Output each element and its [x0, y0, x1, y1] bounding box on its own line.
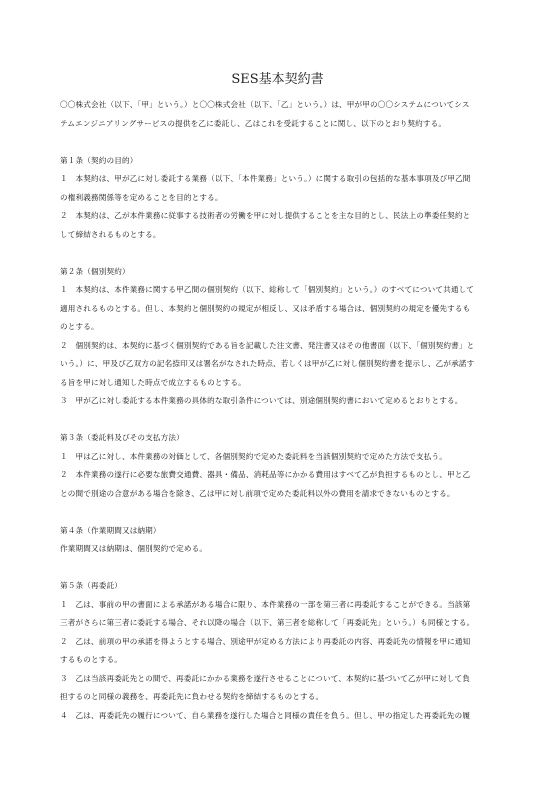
article-line: ４ 乙は、再委託先の履行について、自ら業務を遂行した場合と同様の責任を負う。但し…: [60, 707, 492, 726]
article-line: ２ 本契約は、乙が本件業務に従事する技術者の労働を甲に対し提供することを主な目的…: [60, 207, 492, 226]
article-3: 第３条（委託料及びその支払方法） １ 甲は乙に対し、本件業務の対価として、各個別…: [60, 429, 492, 503]
article-2: 第２条（個別契約） １ 本契約は、本件業務に関する甲乙間の個別契約（以下、総称し…: [60, 263, 492, 411]
article-line: の権利義務関係等を定めることを目的とする。: [60, 189, 492, 208]
article-line: １ 甲は乙に対し、本件業務の対価として、各個別契約で定めた委託料を当該個別契約で…: [60, 448, 492, 467]
spacer: [60, 559, 492, 578]
article-line: 担するのと同様の義務を、再委託先に負わせる契約を締結するものとする。: [60, 688, 492, 707]
article-4: 第４条（作業期間又は納期） 作業期間又は納期は、個別契約で定める。: [60, 522, 492, 559]
article-line: ２ 乙は、前項の甲の承諾を得ようとする場合、別途甲が定める方法により再委託の内容…: [60, 633, 492, 652]
spacer: [60, 503, 492, 522]
preamble-line: テムエンジニアリングサービスの提供を乙に委託し、乙はこれを受託することに関し、以…: [60, 115, 492, 134]
article-line: １ 本契約は、甲が乙に対し委託する業務（以下、「本件業務」という。）に関する取引…: [60, 170, 492, 189]
article-heading: 第２条（個別契約）: [60, 263, 492, 282]
preamble: 〇〇株式会社（以下、「甲」という。）と〇〇株式会社（以下、「乙」という。）は、甲…: [60, 96, 492, 133]
document-title: SES基本契約書: [0, 68, 555, 87]
spacer: [60, 411, 492, 430]
article-line: のとする。: [60, 318, 492, 337]
article-line: いう。）に、甲及び乙双方の記名捺印又は署名がなされた時点、若しくは甲が乙に対し個…: [60, 355, 492, 374]
article-1: 第１条（契約の目的） １ 本契約は、甲が乙に対し委託する業務（以下、「本件業務」…: [60, 152, 492, 245]
article-line: 適用されるものとする。但し、本契約と個別契約の規定が相反し、又は矛盾する場合は、…: [60, 300, 492, 319]
spacer: [60, 244, 492, 263]
article-heading: 第４条（作業期間又は納期）: [60, 522, 492, 541]
article-heading: 第３条（委託料及びその支払方法）: [60, 429, 492, 448]
preamble-line: 〇〇株式会社（以下、「甲」という。）と〇〇株式会社（以下、「乙」という。）は、甲…: [60, 96, 492, 115]
article-line: との間で別途の合意がある場合を除き、乙は甲に対し前項で定めた委託料以外の費用を請…: [60, 485, 492, 504]
document-body: 〇〇株式会社（以下、「甲」という。）と〇〇株式会社（以下、「乙」という。）は、甲…: [60, 96, 492, 725]
article-line: して締結されるものとする。: [60, 226, 492, 245]
article-line: ２ 本件業務の遂行に必要な旅費交通費、器具・備品、消耗品等にかかる費用はすべて乙…: [60, 466, 492, 485]
article-line: る旨を甲に対し通知した時点で成立するものとする。: [60, 374, 492, 393]
article-line: するものとする。: [60, 651, 492, 670]
article-5: 第５条（再委託） １ 乙は、事前の甲の書面による承諾がある場合に限り、本件業務の…: [60, 577, 492, 725]
article-line: ２ 個別契約は、本契約に基づく個別契約である旨を記載した注文書、発注書又はその他…: [60, 337, 492, 356]
article-line: １ 乙は、事前の甲の書面による承諾がある場合に限り、本件業務の一部を第三者に再委…: [60, 596, 492, 615]
document-page: SES基本契約書 〇〇株式会社（以下、「甲」という。）と〇〇株式会社（以下、「乙…: [0, 0, 555, 785]
article-line: 作業期間又は納期は、個別契約で定める。: [60, 540, 492, 559]
spacer: [60, 133, 492, 152]
article-line: ３ 甲が乙に対し委託する本件業務の具体的な取引条件については、別途個別契約書にお…: [60, 392, 492, 411]
article-line: 三者がさらに第三者に委託する場合、それ以降の場合（以下、第三者を総称して「再委託…: [60, 614, 492, 633]
article-heading: 第１条（契約の目的）: [60, 152, 492, 171]
article-line: １ 本契約は、本件業務に関する甲乙間の個別契約（以下、総称して「個別契約」という…: [60, 281, 492, 300]
article-heading: 第５条（再委託）: [60, 577, 492, 596]
article-line: ３ 乙は当該再委託先との間で、再委託にかかる業務を遂行させることについて、本契約…: [60, 670, 492, 689]
